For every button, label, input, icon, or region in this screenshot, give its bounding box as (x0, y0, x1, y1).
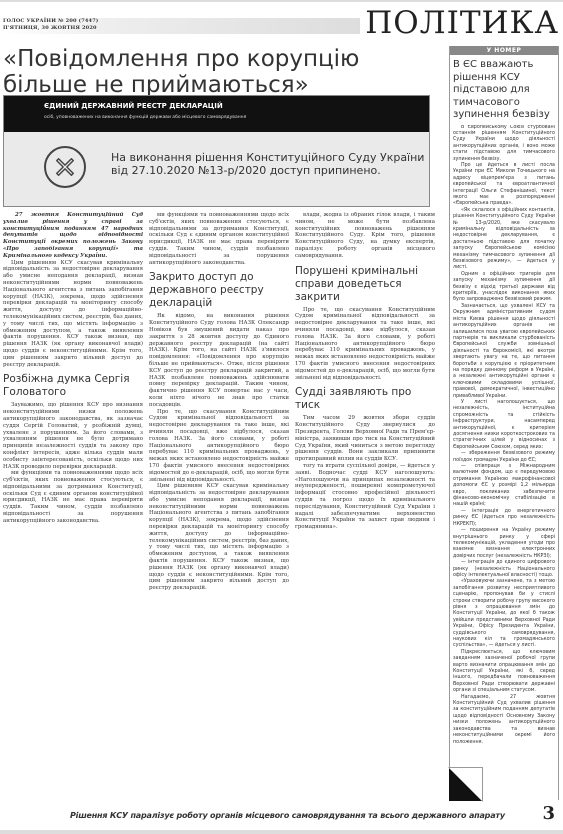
sidebar-text: В Європейському Союзі стурбовані останні… (453, 125, 555, 785)
paragraph: Зауважимо, що рішення КСУ про визнання н… (3, 402, 143, 470)
paragraph: «Ураховуючи зазначене, та з метою запобі… (453, 579, 555, 649)
paragraph: ми функціями та повноваженнями щодо всіх… (149, 212, 289, 266)
article-headline: «Повідомлення про корупцію більше не при… (3, 46, 433, 98)
page-footer: Рішення КСУ паралізує роботу органів міс… (0, 802, 563, 830)
paragraph: — збереження безвізового режиму поїздок … (453, 451, 555, 464)
registry-screenshot: ЄДИНИЙ ДЕРЖАВНИЙ РЕЄСТР ДЕКЛАРАЦІЙ осіб,… (3, 95, 430, 207)
registry-subtitle: осіб, уповноважених на виконання функцій… (44, 115, 429, 120)
page-curl-decoration (449, 767, 483, 801)
paragraph: ми функціями та повноваженнями щодо всіх… (3, 470, 143, 524)
x-icon (54, 156, 76, 178)
paragraph: У листі наголошується, що незалежність, … (453, 400, 555, 451)
sidebar-label: У НОМЕР (450, 46, 558, 55)
message-line-1: На виконання рішення Конституційного Суд… (111, 151, 424, 164)
masthead: ГОЛОС УКРАЇНИ № 200 (7447) П'ЯТНИЦЯ, 30 … (0, 4, 563, 40)
registry-title: ЄДИНИЙ ДЕРЖАВНИЙ РЕЄСТР ДЕКЛАРАЦІЙ (44, 102, 429, 110)
paragraph: Про те, що скасування Конституційним Суд… (149, 409, 289, 484)
subheading-criminal-cases: Порушені кримінальні справи доведеться з… (295, 265, 435, 304)
paragraph: Цим рішенням КСУ скасував кримінальну ві… (3, 260, 143, 369)
masthead-meta: ГОЛОС УКРАЇНИ № 200 (7447) П'ЯТНИЦЯ, 30 … (3, 18, 98, 32)
registry-header: ЄДИНИЙ ДЕРЖАВНИЙ РЕЄСТР ДЕКЛАРАЦІЙ осіб,… (4, 96, 429, 132)
article-lead: 27 жовтня Конституційний Суд ухвалив ріш… (3, 212, 143, 260)
issue-date: П'ЯТНИЦЯ, 30 ЖОВТНЯ 2020 (3, 25, 98, 32)
paragraph: — поширення на Україну режиму внутрішньо… (453, 528, 555, 560)
paragraph: «Як склалося з офіційних контактів, ріше… (453, 208, 555, 272)
access-denied-message: На виконання рішення Конституційного Суд… (111, 151, 424, 177)
paragraph: Про те, що скасування Конституційним Суд… (295, 307, 435, 382)
subheading-access-closed: Закрито доступ до державного реєстру дек… (149, 271, 289, 310)
paragraph: тогу та втрати суспільної довіри, — йдет… (295, 463, 435, 531)
paragraph: — співпраця з Міжнародним валютним фондо… (453, 464, 555, 509)
paragraph: Тим часом 29 жовтня збори суддів Констит… (295, 415, 435, 463)
paragraph: Одним з офіційних тригерів для запуску м… (453, 272, 555, 304)
paper-issue: ГОЛОС УКРАЇНИ № 200 (7447) (3, 18, 98, 25)
subheading-dissent: Розбіжна думка Сергія Головатого (3, 373, 143, 399)
paragraph: Підкреслюється, що ключовим завданням за… (453, 650, 555, 695)
section-title: ПОЛІТИКА (365, 6, 559, 40)
footer-tagline: Рішення КСУ паралізує роботу органів міс… (70, 811, 505, 820)
registry-message-panel: На виконання рішення Конституційного Суд… (4, 132, 429, 206)
sidebar-in-issue: У НОМЕР В ЄС вважають рішення КСУ підста… (449, 46, 559, 800)
paragraph: Нагадаємо, 27 жовтня Конституційний Суд … (453, 695, 555, 746)
bottom-rule (0, 830, 563, 834)
paragraph: влади, жодна із обраних гілок влади, і т… (295, 212, 435, 260)
message-line-2: від 27.10.2020 №13-р/2020 доступ припине… (111, 164, 424, 177)
paragraph: Цим рішенням КСУ скасував кримінальну ві… (149, 483, 289, 592)
column-3-4: влади, жодна із обраних гілок влади, і т… (295, 212, 435, 802)
paragraph: — інтеграція до енергетичного ринку ЄС (… (453, 509, 555, 528)
paragraph: — інтеграція до єдиного цифрового ринку … (453, 560, 555, 579)
column-1: 27 жовтня Конституційний Суд ухвалив ріш… (3, 212, 143, 802)
sidebar-title: В ЄС вважають рішення КСУ підставою для … (453, 59, 555, 122)
paragraph: В Європейському Союзі стурбовані останні… (453, 125, 555, 163)
newspaper-page: ГОЛОС УКРАЇНИ № 200 (7447) П'ЯТНИЦЯ, 30 … (0, 0, 563, 834)
article-body: 27 жовтня Конституційний Суд ухвалив ріш… (3, 212, 435, 802)
paragraph: Зазначається, що ухвалені КСУ та Окружни… (453, 304, 555, 400)
page-number: 3 (542, 803, 555, 824)
paragraph: Про це йдеться в листі посла України при… (453, 163, 555, 208)
subheading-judges-pressure: Судді заявляють про тиск (295, 386, 435, 412)
column-2: ми функціями та повноваженнями щодо всіх… (149, 212, 289, 802)
headline-line-1: «Повідомлення про корупцію (3, 46, 359, 72)
paragraph: Як відомо, на виконання рішення Конститу… (149, 313, 289, 408)
x-circle-icon (44, 146, 86, 188)
